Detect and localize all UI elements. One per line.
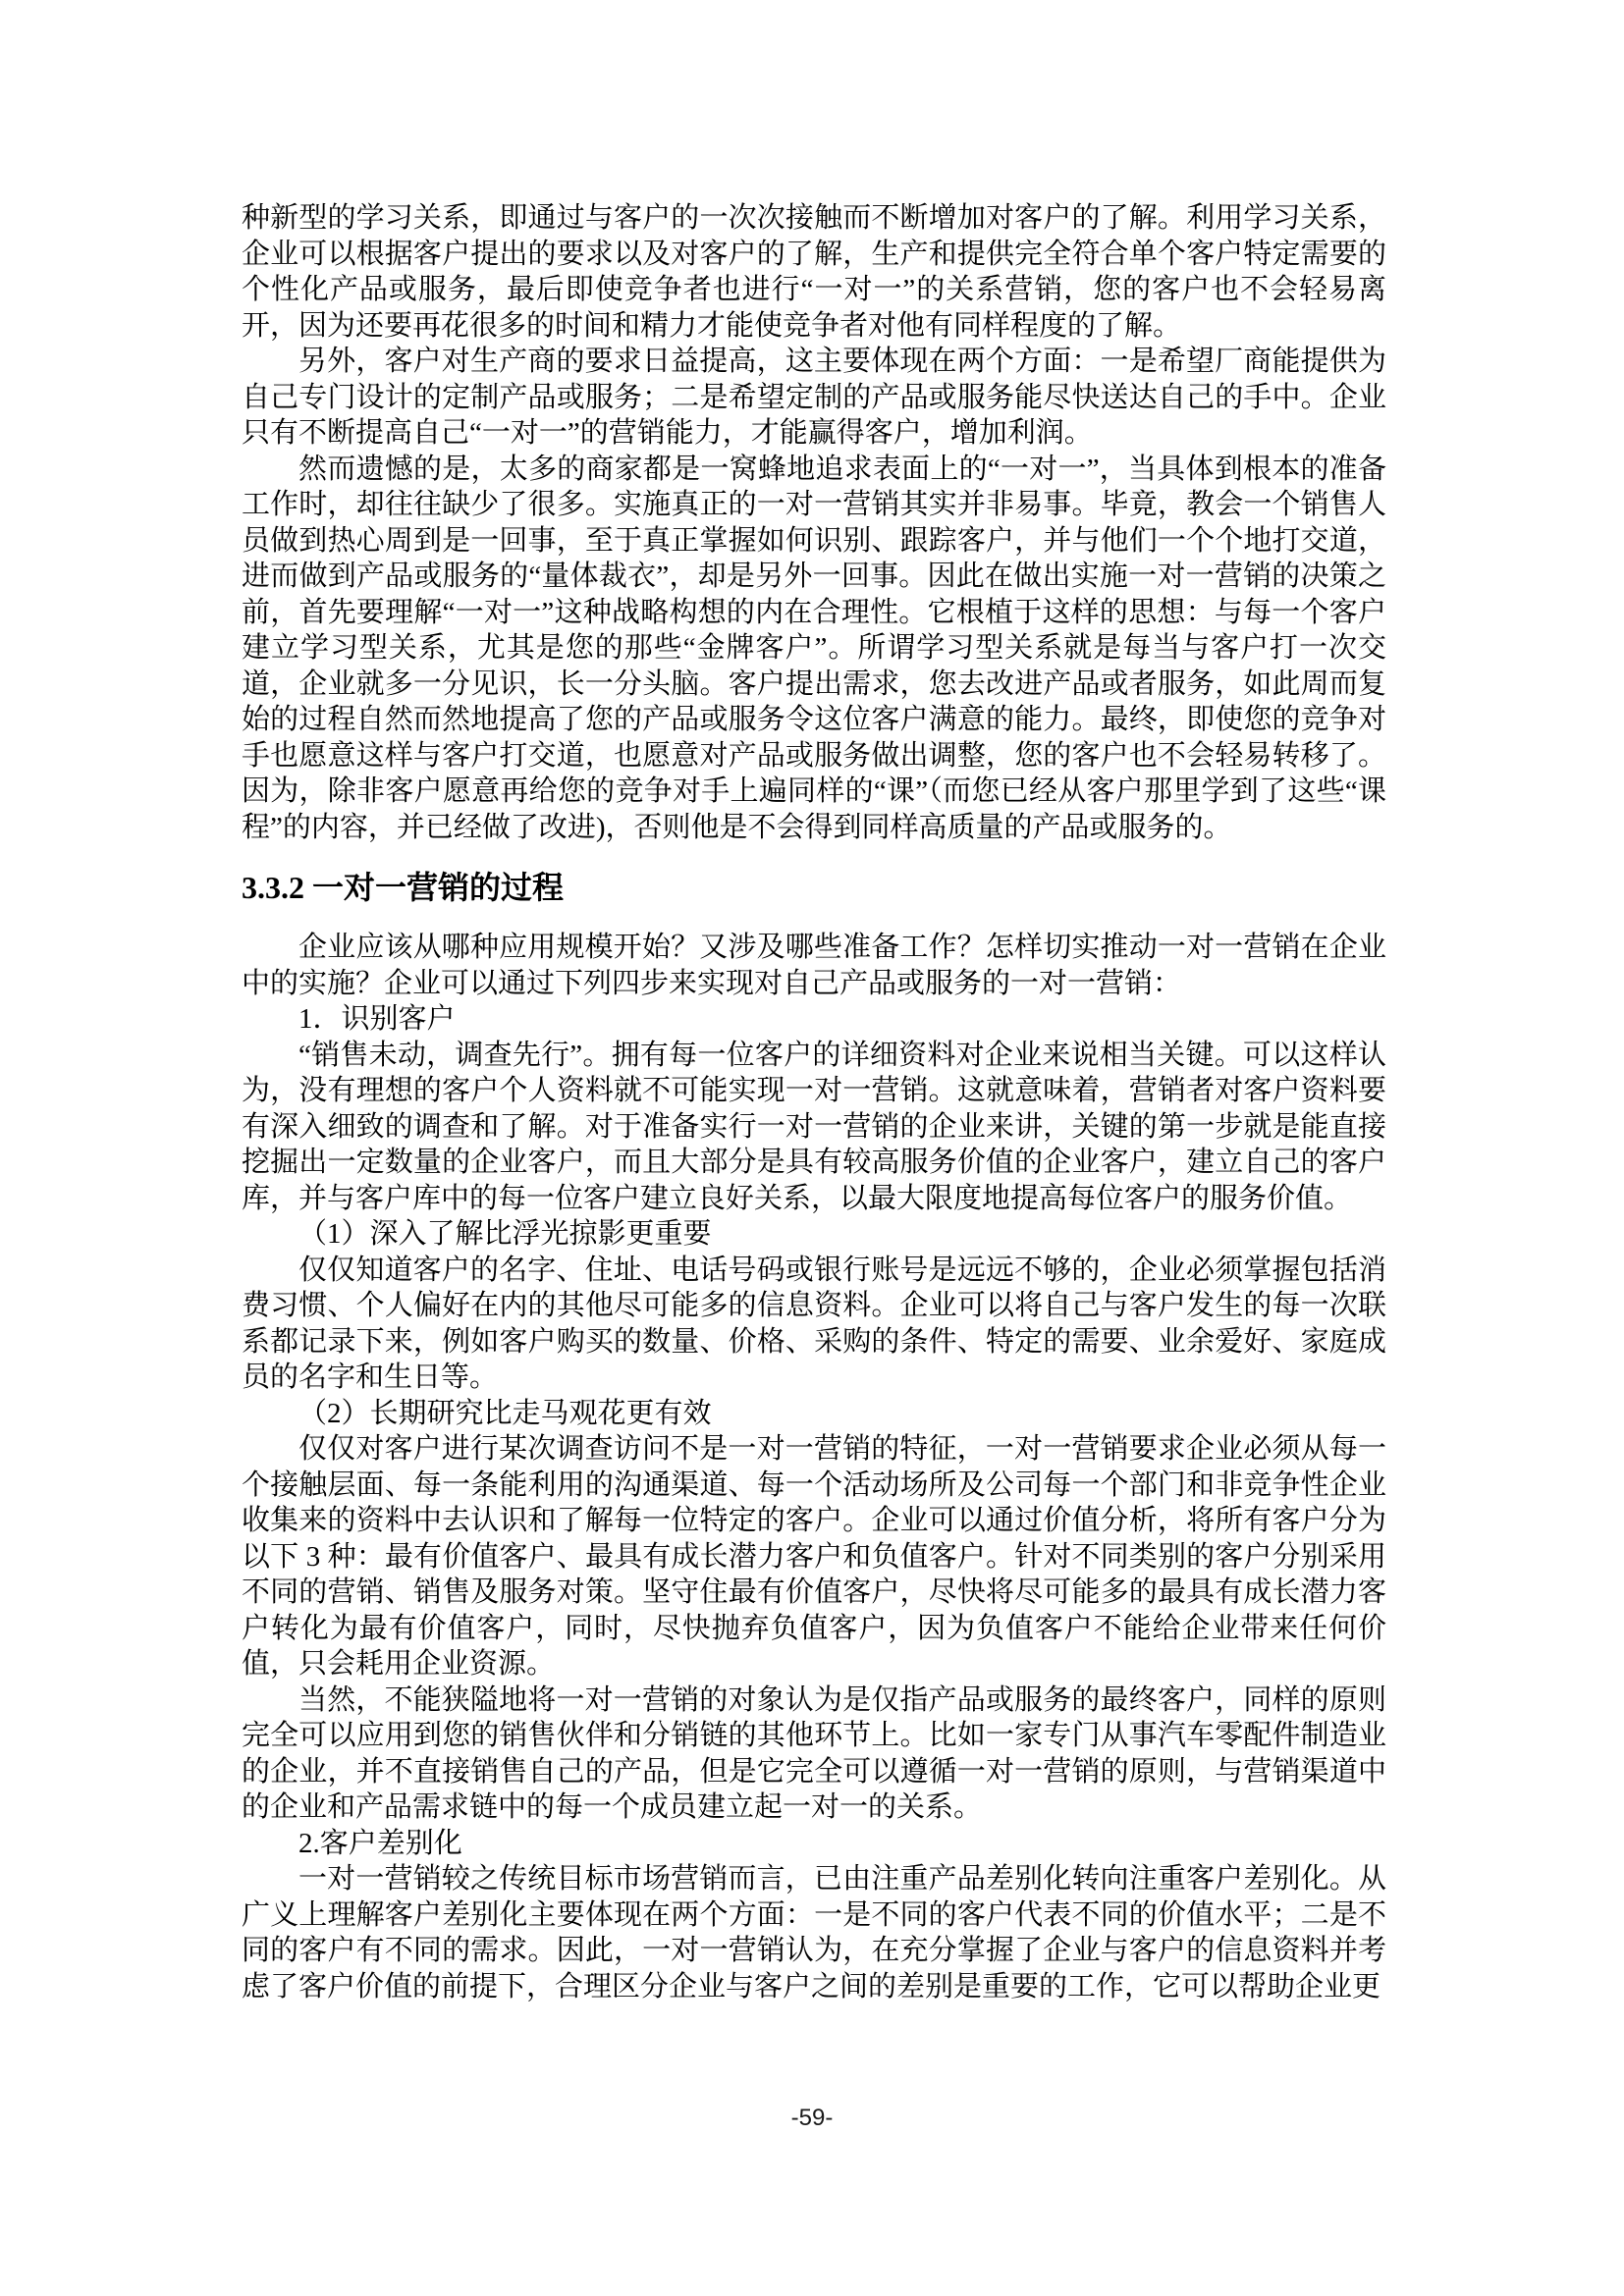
paragraph: 一对一营销较之传统目标市场营销而言，已由注重产品差别化转向注重客户差别化。从广义… bbox=[242, 1861, 1386, 2004]
paragraph: “销售未动，调查先行”。拥有每一位客户的详细资料对企业来说相当关键。可以这样认为… bbox=[242, 1038, 1386, 1217]
list-item-step-1: 1．识别客户 bbox=[242, 1001, 1386, 1038]
paragraph: 当然，不能狭隘地将一对一营销的对象认为是仅指产品或服务的最终客户，同样的原则完全… bbox=[242, 1682, 1386, 1826]
document-body: 种新型的学习关系，即通过与客户的一次次接触而不断增加对客户的了解。利用学习关系，… bbox=[242, 200, 1386, 2004]
section-heading: 3.3.2 一对一营销的过程 bbox=[242, 869, 1386, 906]
page-number: -59- bbox=[0, 2105, 1624, 2132]
sub-item-2-label: （2）长期研究比走马观花更有效 bbox=[242, 1396, 1386, 1432]
document-page: 种新型的学习关系，即通过与客户的一次次接触而不断增加对客户的了解。利用学习关系，… bbox=[0, 0, 1624, 2296]
paragraph: 仅仅知道客户的名字、住址、电话号码或银行账号是远远不够的，企业必须掌握包括消费习… bbox=[242, 1253, 1386, 1396]
list-item-step-2: 2.客户差别化 bbox=[242, 1826, 1386, 1862]
paragraph: 另外，客户对生产商的要求日益提高，这主要体现在两个方面：一是希望厂商能提供为自己… bbox=[242, 344, 1386, 452]
paragraph: 然而遗憾的是，太多的商家都是一窝蜂地追求表面上的“一对一”，当具体到根本的准备工… bbox=[242, 452, 1386, 846]
paragraph: 仅仅对客户进行某次调查访问不是一对一营销的特征，一对一营销要求企业必须从每一个接… bbox=[242, 1431, 1386, 1682]
paragraph: 企业应该从哪种应用规模开始？又涉及哪些准备工作？怎样切实推动一对一营销在企业中的… bbox=[242, 930, 1386, 1001]
paragraph-continuation: 种新型的学习关系，即通过与客户的一次次接触而不断增加对客户的了解。利用学习关系，… bbox=[242, 200, 1386, 344]
sub-item-1-label: （1）深入了解比浮光掠影更重要 bbox=[242, 1216, 1386, 1253]
